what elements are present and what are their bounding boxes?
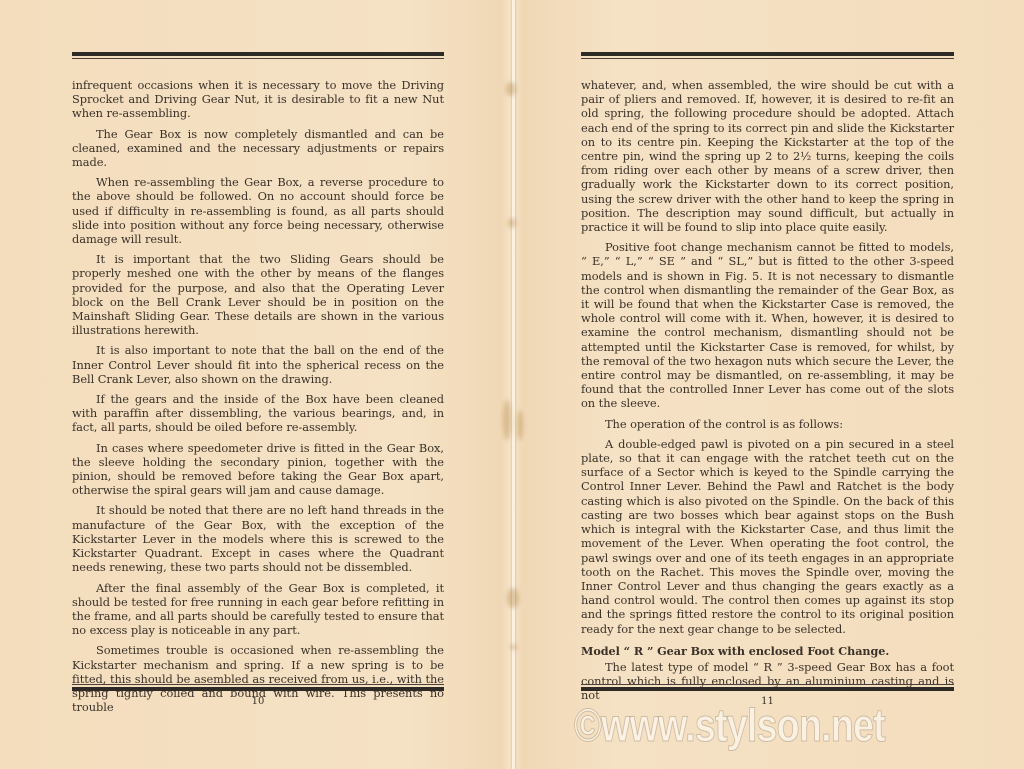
- paragraph: It is also important to note that the ba…: [72, 343, 444, 386]
- paragraph: In cases where speedometer drive is fitt…: [72, 441, 444, 498]
- book-spread: infrequent occasions when it is necessar…: [0, 0, 1024, 769]
- bottom-rule: [72, 684, 444, 692]
- spine-stain: [508, 218, 516, 228]
- right-page: whatever, and, when assembled, the wire …: [581, 0, 954, 769]
- left-page-body: infrequent occasions when it is necessar…: [72, 78, 444, 720]
- paragraph: It is important that the two Sliding Gea…: [72, 252, 444, 337]
- spine-stain: [507, 588, 519, 608]
- spine-stain: [506, 82, 516, 96]
- paragraph: whatever, and, when assembled, the wire …: [581, 78, 954, 234]
- top-rule: [581, 52, 954, 60]
- top-rule: [72, 52, 444, 60]
- paragraph: After the final assembly of the Gear Box…: [72, 581, 444, 638]
- paragraph: infrequent occasions when it is necessar…: [72, 78, 444, 121]
- spine-stain: [503, 400, 511, 440]
- spine-stain: [510, 644, 517, 650]
- book-spine: [512, 0, 515, 769]
- watermark: ©www.stylson.net: [574, 698, 885, 752]
- section-heading: Model “ R ” Gear Box with enclosed Foot …: [581, 644, 954, 658]
- paragraph: The Gear Box is now completely dismantle…: [72, 127, 444, 170]
- bottom-rule: [581, 684, 954, 692]
- paragraph: The operation of the control is as follo…: [581, 417, 954, 431]
- page-number: 10: [72, 696, 444, 707]
- left-page: infrequent occasions when it is necessar…: [72, 0, 444, 769]
- paragraph: When re-assembling the Gear Box, a rever…: [72, 175, 444, 246]
- paragraph: Positive foot change mechanism cannot be…: [581, 240, 954, 410]
- spine-stain: [517, 410, 523, 440]
- paragraph: A double-edged pawl is pivoted on a pin …: [581, 437, 954, 636]
- right-page-body: whatever, and, when assembled, the wire …: [581, 78, 954, 709]
- paragraph: It should be noted that there are no lef…: [72, 503, 444, 574]
- paragraph: If the gears and the inside of the Box h…: [72, 392, 444, 435]
